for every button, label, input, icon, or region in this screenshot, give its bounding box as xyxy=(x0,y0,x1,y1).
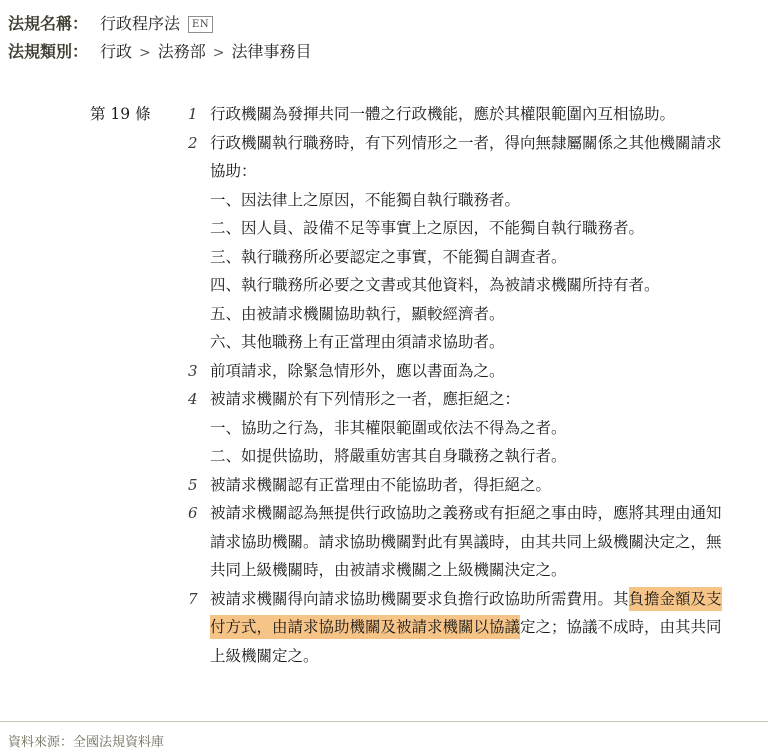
text-line: 二、如提供協助，將嚴重妨害其自身職務之執行者。 xyxy=(210,442,722,471)
text-segment: 被請求機關於有下列情形之一者，應拒絕之： xyxy=(210,390,520,408)
page-footer: 資料來源：全國法規資料庫 xyxy=(0,721,768,750)
text-segment: 被請求機關認有正當理由不能協助者，得拒絕之。 xyxy=(210,476,551,494)
text-segment: 二、因人員、設備不足等事實上之原因，不能獨自執行職務者。 xyxy=(210,219,644,237)
paragraph-text: 被請求機關得向請求協助機關要求負擔行政協助所需費用。其負擔金額及支付方式，由請求… xyxy=(210,585,722,671)
paragraph-number xyxy=(188,214,210,243)
text-segment: 協助： xyxy=(210,162,257,180)
paragraph: 5被請求機關認有正當理由不能協助者，得拒絕之。 xyxy=(188,471,722,500)
paragraph-text: 四、執行職務所必要之文書或其他資料，為被請求機關所持有者。 xyxy=(210,271,722,300)
text-segment: 前項請求，除緊急情形外，應以書面為之。 xyxy=(210,362,505,380)
text-segment: 二、如提供協助，將嚴重妨害其自身職務之執行者。 xyxy=(210,447,567,465)
breadcrumb-item-category[interactable]: 法律事務目 xyxy=(232,42,312,61)
text-segment: 被請求機關認為無提供行政協助之義務或有拒絕之事由時，應將其理由通知 xyxy=(210,504,722,522)
text-segment: 一、因法律上之原因，不能獨自執行職務者。 xyxy=(210,191,520,209)
paragraph-text: 被請求機關於有下列情形之一者，應拒絕之： xyxy=(210,385,722,414)
text-segment: 三、執行職務所必要認定之事實，不能獨自調查者。 xyxy=(210,248,567,266)
law-name-label: 法規名稱： xyxy=(8,14,88,33)
paragraph-number xyxy=(188,414,210,443)
article-section: 第 19 條 1行政機關為發揮共同一體之行政機能，應於其權限範圍內互相協助。2行… xyxy=(0,100,768,670)
paragraph: 7被請求機關得向請求協助機關要求負擔行政協助所需費用。其負擔金額及支付方式，由請… xyxy=(188,585,722,671)
paragraph-text: 五、由被請求機關協助執行，顯較經濟者。 xyxy=(210,300,722,329)
law-name-value: 行政程序法 xyxy=(100,14,180,33)
sub-item: 一、因法律上之原因，不能獨自執行職務者。 xyxy=(188,186,722,215)
paragraph: 3前項請求，除緊急情形外，應以書面為之。 xyxy=(188,357,722,386)
sub-item: 二、因人員、設備不足等事實上之原因，不能獨自執行職務者。 xyxy=(188,214,722,243)
text-line: 三、執行職務所必要認定之事實，不能獨自調查者。 xyxy=(210,243,722,272)
paragraph: 6被請求機關認為無提供行政協助之義務或有拒絕之事由時，應將其理由通知請求協助機關… xyxy=(188,499,722,585)
paragraph-number xyxy=(188,300,210,329)
text-line: 付方式，由請求協助機關及被請求機關以協議定之；協議不成時，由其共同 xyxy=(210,613,722,642)
text-segment: 行政機關為發揮共同一體之行政機能，應於其權限範圍內互相協助。 xyxy=(210,105,675,123)
paragraph-text: 六、其他職務上有正當理由須請求協助者。 xyxy=(210,328,722,357)
text-line: 被請求機關於有下列情形之一者，應拒絕之： xyxy=(210,385,722,414)
text-line: 共同上級機關時，由被請求機關之上級機關決定之。 xyxy=(210,556,722,585)
paragraph: 1行政機關為發揮共同一體之行政機能，應於其權限範圍內互相協助。 xyxy=(188,100,722,129)
text-line: 行政機關執行職務時，有下列情形之一者，得向無隸屬關係之其他機關請求 xyxy=(210,129,722,158)
text-line: 上級機關定之。 xyxy=(210,642,722,671)
breadcrumb-item-agency-type[interactable]: 行政 xyxy=(100,42,132,61)
paragraph-number: 5 xyxy=(188,471,210,500)
paragraph-number: 6 xyxy=(188,499,210,585)
paragraph-text: 行政機關為發揮共同一體之行政機能，應於其權限範圍內互相協助。 xyxy=(210,100,722,129)
english-version-badge[interactable]: EN xyxy=(188,16,213,33)
text-segment: 共同上級機關時，由被請求機關之上級機關決定之。 xyxy=(210,561,567,579)
text-line: 被請求機關得向請求協助機關要求負擔行政協助所需費用。其負擔金額及支 xyxy=(210,585,722,614)
paragraph-number: 1 xyxy=(188,100,210,129)
paragraph-number xyxy=(188,271,210,300)
paragraph-number: 2 xyxy=(188,129,210,186)
text-line: 五、由被請求機關協助執行，顯較經濟者。 xyxy=(210,300,722,329)
paragraph-text: 二、如提供協助，將嚴重妨害其自身職務之執行者。 xyxy=(210,442,722,471)
text-line: 被請求機關認有正當理由不能協助者，得拒絕之。 xyxy=(210,471,722,500)
text-line: 被請求機關認為無提供行政協助之義務或有拒絕之事由時，應將其理由通知 xyxy=(210,499,722,528)
paragraph: 2行政機關執行職務時，有下列情形之一者，得向無隸屬關係之其他機關請求協助： xyxy=(188,129,722,186)
text-segment: 六、其他職務上有正當理由須請求協助者。 xyxy=(210,333,505,351)
text-line: 四、執行職務所必要之文書或其他資料，為被請求機關所持有者。 xyxy=(210,271,722,300)
sub-item: 三、執行職務所必要認定之事實，不能獨自調查者。 xyxy=(188,243,722,272)
sub-item: 六、其他職務上有正當理由須請求協助者。 xyxy=(188,328,722,357)
sub-item: 二、如提供協助，將嚴重妨害其自身職務之執行者。 xyxy=(188,442,722,471)
text-segment: 請求協助機關。請求協助機關對此有異議時，由其共同上級機關決定之，無 xyxy=(210,533,722,551)
paragraph-text: 三、執行職務所必要認定之事實，不能獨自調查者。 xyxy=(210,243,722,272)
text-line: 六、其他職務上有正當理由須請求協助者。 xyxy=(210,328,722,357)
text-segment: 一、協助之行為，非其權限範圍或依法不得為之者。 xyxy=(210,419,567,437)
paragraph-number: 4 xyxy=(188,385,210,414)
text-line: 一、因法律上之原因，不能獨自執行職務者。 xyxy=(210,186,722,215)
text-segment: 五、由被請求機關協助執行，顯較經濟者。 xyxy=(210,305,505,323)
text-segment: 行政機關執行職務時，有下列情形之一者，得向無隸屬關係之其他機關請求 xyxy=(210,134,722,152)
paragraph-text: 行政機關執行職務時，有下列情形之一者，得向無隸屬關係之其他機關請求協助： xyxy=(210,129,722,186)
paragraph-text: 二、因人員、設備不足等事實上之原因，不能獨自執行職務者。 xyxy=(210,214,722,243)
text-line: 行政機關為發揮共同一體之行政機能，應於其權限範圍內互相協助。 xyxy=(210,100,722,129)
highlighted-text: 負擔金額及支 xyxy=(629,587,722,611)
data-source-text: 資料來源：全國法規資料庫 xyxy=(0,722,768,750)
law-name-row: 法規名稱：行政程序法EN xyxy=(8,10,768,38)
text-line: 二、因人員、設備不足等事實上之原因，不能獨自執行職務者。 xyxy=(210,214,722,243)
breadcrumb-separator: > xyxy=(139,45,151,61)
sub-item: 五、由被請求機關協助執行，顯較經濟者。 xyxy=(188,300,722,329)
sub-item: 四、執行職務所必要之文書或其他資料，為被請求機關所持有者。 xyxy=(188,271,722,300)
paragraph-number: 3 xyxy=(188,357,210,386)
text-segment: 被請求機關得向請求協助機關要求負擔行政協助所需費用。其 xyxy=(210,590,629,608)
text-segment: 上級機關定之。 xyxy=(210,647,319,665)
text-line: 請求協助機關。請求協助機關對此有異議時，由其共同上級機關決定之，無 xyxy=(210,528,722,557)
paragraph-number: 7 xyxy=(188,585,210,671)
text-line: 一、協助之行為，非其權限範圍或依法不得為之者。 xyxy=(210,414,722,443)
paragraph-list: 1行政機關為發揮共同一體之行政機能，應於其權限範圍內互相協助。2行政機關執行職務… xyxy=(188,100,722,670)
paragraph-text: 被請求機關認有正當理由不能協助者，得拒絕之。 xyxy=(210,471,722,500)
paragraph-number xyxy=(188,243,210,272)
breadcrumb: 法規類別：行政>法務部>法律事務目 xyxy=(8,38,768,66)
text-segment: 四、執行職務所必要之文書或其他資料，為被請求機關所持有者。 xyxy=(210,276,660,294)
paragraph-text: 前項請求，除緊急情形外，應以書面為之。 xyxy=(210,357,722,386)
paragraph-number xyxy=(188,328,210,357)
paragraph-text: 一、因法律上之原因，不能獨自執行職務者。 xyxy=(210,186,722,215)
text-line: 協助： xyxy=(210,157,722,186)
sub-item: 一、協助之行為，非其權限範圍或依法不得為之者。 xyxy=(188,414,722,443)
paragraph-number xyxy=(188,186,210,215)
paragraph-number xyxy=(188,442,210,471)
law-article-page: { "colors": { "highlight": "#f7c488", "d… xyxy=(0,0,768,754)
highlighted-text: 付方式，由請求協助機關及被請求機關以協議 xyxy=(210,615,520,639)
law-category-label: 法規類別： xyxy=(8,42,88,61)
breadcrumb-item-ministry[interactable]: 法務部 xyxy=(158,42,206,61)
paragraph: 4被請求機關於有下列情形之一者，應拒絕之： xyxy=(188,385,722,414)
breadcrumb-separator: > xyxy=(213,45,225,61)
article-number: 第 19 條 xyxy=(90,100,166,670)
paragraph-text: 被請求機關認為無提供行政協助之義務或有拒絕之事由時，應將其理由通知請求協助機關。… xyxy=(210,499,722,585)
page-header: 法規名稱：行政程序法EN 法規類別：行政>法務部>法律事務目 xyxy=(0,0,768,66)
text-line: 前項請求，除緊急情形外，應以書面為之。 xyxy=(210,357,722,386)
text-segment: 定之；協議不成時，由其共同 xyxy=(520,618,722,636)
paragraph-text: 一、協助之行為，非其權限範圍或依法不得為之者。 xyxy=(210,414,722,443)
